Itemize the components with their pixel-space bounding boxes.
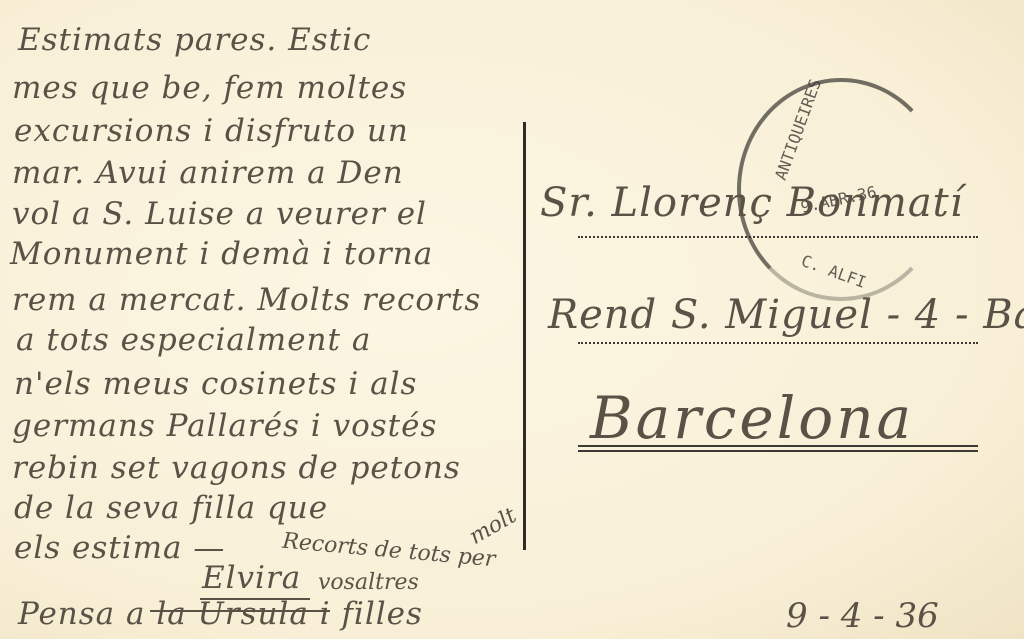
postscript-recorts: Recorts de tots per [281,529,496,573]
message-line: Estimats pares. Estic [18,22,371,58]
postscript-molt: molt [465,503,521,550]
message-line: a tots especialment a [16,322,371,358]
strikethrough [150,610,330,612]
address-recipient: Sr. Llorenç Bonmatí [540,180,964,226]
center-divider [523,122,526,550]
postscript-vosaltres: vosaltres [318,570,419,595]
message-line: excursions i disfruto un [14,113,409,149]
message-line: els estima — [14,530,225,566]
date-written: 9 - 4 - 36 [786,596,939,636]
postcard-back: Estimats pares. Estic mes que be, fem mo… [0,0,1024,639]
signature: Elvira [202,560,301,596]
message-line: mes que be, fem moltes [12,70,407,106]
message-line: germans Pallarés i vostés [12,408,437,444]
postscript-last-line: Pensa a la Ursula i filles [18,596,423,632]
message-line: Monument i demà i torna [10,236,433,272]
message-line: vol a S. Luise a veurer el [12,196,427,232]
message-line: de la seva filla que [14,490,328,526]
message-line: n'els meus cosinets i als [14,366,417,402]
message-line: mar. Avui anirem a Den [12,155,404,191]
address-line-3b [578,450,978,452]
address-line-3a [578,445,978,447]
address-line-1 [578,236,978,238]
message-line: rem a mercat. Molts recorts [12,282,481,318]
address-street: Rend S. Miguel - 4 - Bar [548,292,1024,338]
address-city: Barcelona [590,384,914,452]
message-line: rebin set vagons de petons [12,450,461,486]
address-line-2 [578,342,978,344]
